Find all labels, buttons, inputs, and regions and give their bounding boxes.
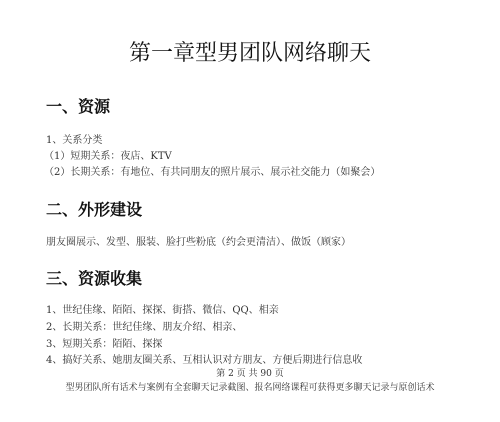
page-indicator: 第 2 页 共 90 页 [0, 366, 500, 379]
section-heading-resource-collection: 三、资源收集 [46, 266, 142, 289]
paragraph-line: 4、搞好关系、她朋友圈关系、互相认识对方朋友、方便后期进行信息收 [46, 356, 362, 366]
document-page: 第一章型男团队网络聊天 一、资源 1、关系分类 （1）短期关系：夜店、KTV （… [0, 0, 500, 422]
section-heading-appearance: 二、外形建设 [46, 197, 142, 220]
footer-note: 型男团队所有话术与案例有全套聊天记录截图、报名网络课程可获得更多聊天记录与原创话… [0, 380, 500, 393]
paragraph-line: 朋友圈展示、发型、服装、脸打些粉底（约会更清洁）、做饭（顾家） [46, 238, 351, 248]
paragraph-line: 2、长期关系：世纪佳缘、朋友介绍、相亲、 [46, 323, 242, 333]
paragraph-line: （1）短期关系：夜店、KTV [44, 152, 172, 162]
paragraph-line: 3、短期关系：陌陌、探探 [46, 340, 162, 350]
section-heading-resources: 一、资源 [46, 94, 110, 117]
paragraph-line: 1、世纪佳缘、陌陌、探探、街搭、微信、QQ、相亲 [46, 306, 279, 316]
chapter-title: 第一章型男团队网络聊天 [0, 36, 500, 67]
paragraph-line: （2）长期关系：有地位、有共同朋友的照片展示、展示社交能力（如聚会） [44, 168, 380, 178]
paragraph-line: 1、关系分类 [46, 136, 102, 146]
